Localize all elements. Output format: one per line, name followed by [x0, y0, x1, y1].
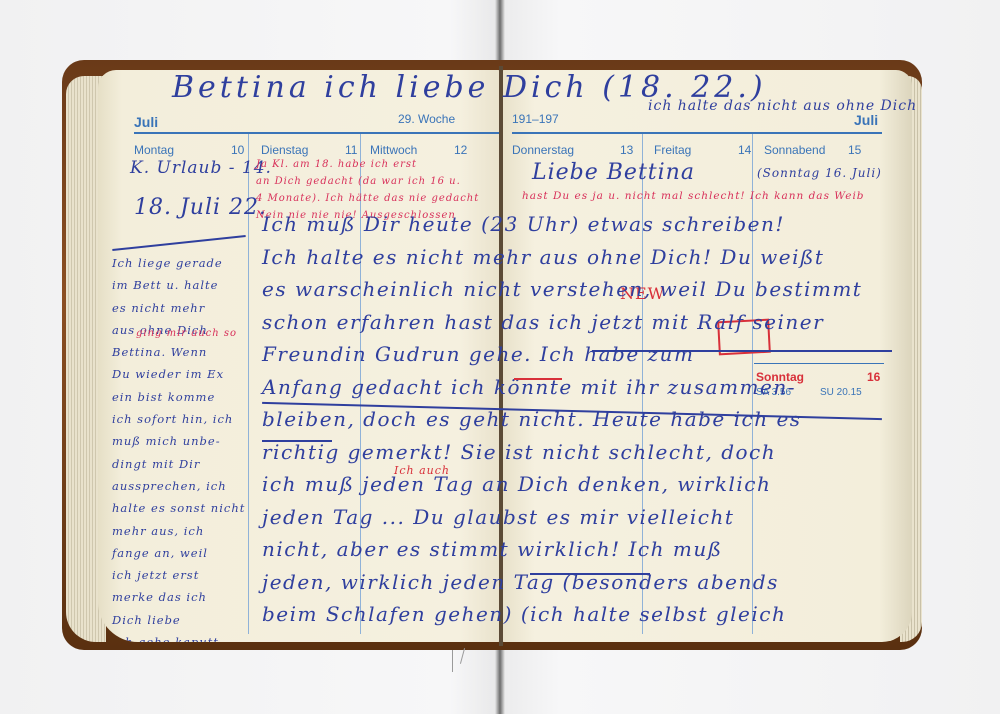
line: Anfang gedacht ich könnte mit ihr zusamm…	[262, 371, 902, 404]
day-friday: Freitag	[654, 143, 691, 157]
day-tuesday: Dienstag	[261, 143, 308, 157]
line: an Dich gedacht (da war ich 16 u.	[256, 173, 479, 190]
handwriting-date: 18. Juli 22.	[134, 195, 267, 220]
line: fange an, weil	[112, 542, 252, 564]
day-friday-num: 14	[738, 143, 751, 157]
week-label: 29. Woche	[398, 112, 455, 126]
underline	[112, 235, 245, 251]
handwriting-sonntag: (Sonntag 16. Juli)	[757, 166, 882, 180]
line: jeden, wirklich jeden Tag (besonders abe…	[262, 566, 902, 599]
line: aussprechen, ich	[112, 475, 252, 497]
line: es warscheinlich nicht verstehen, weil D…	[262, 273, 902, 306]
line: Ich gehe kaputt	[112, 631, 252, 642]
line: Bettina. Wenn	[112, 341, 252, 363]
line: Du wieder im Ex	[112, 363, 252, 385]
underline	[530, 573, 650, 575]
handwriting-liebe-bettina: Liebe Bettina	[532, 160, 695, 185]
main-handwriting-block: Ich muß Dir heute (23 Uhr) etwas schreib…	[262, 208, 902, 631]
day-wednesday-num: 12	[454, 143, 467, 157]
line: ich muß jeden Tag an Dich denken, wirkli…	[262, 468, 902, 501]
line: nicht, aber es stimmt wirklich! Ich muß	[262, 533, 902, 566]
line: richtig gemerkt! Sie ist nicht schlecht,…	[262, 436, 902, 469]
underline	[262, 440, 332, 442]
month-label-right: Juli	[854, 112, 878, 128]
month-label: Juli	[134, 114, 158, 130]
line: im Bett u. halte	[112, 274, 252, 296]
day-range-label: 191–197	[512, 112, 559, 126]
line: jeden Tag ... Du glaubst es mir vielleic…	[262, 501, 902, 534]
day-wednesday: Mittwoch	[370, 143, 417, 157]
pink-note-right: hast Du es ja u. nicht mal schlecht! Ich…	[522, 190, 865, 202]
handwriting-monday-note: K. Urlaub - 14.	[130, 158, 272, 178]
day-monday-num: 10	[231, 143, 244, 157]
line: dingt mit Dir	[112, 453, 252, 475]
line: Ja Kl. am 18. habe ich erst	[256, 156, 479, 173]
line: 4 Monate). Ich hätte das nie gedacht	[256, 190, 479, 207]
line: schon erfahren hast das ich jetzt mit Ra…	[262, 306, 902, 339]
handwriting-title-right: ich halte das nicht aus ohne Dich	[648, 98, 917, 114]
line: ich jetzt erst	[112, 564, 252, 586]
line: ich sofort hin, ich	[112, 408, 252, 430]
line: muß mich unbe-	[112, 430, 252, 452]
line: merke das ich	[112, 586, 252, 608]
line: es nicht mehr	[112, 297, 252, 319]
day-saturday: Sonnabend	[764, 143, 825, 157]
line: Ich liege gerade	[112, 252, 252, 274]
line: beim Schlafen gehen) (ich halte selbst g…	[262, 598, 902, 631]
pink-note-left: ging mir auch so	[136, 328, 237, 339]
binding-thread	[460, 648, 465, 664]
line: Ich halte es nicht mehr aus ohne Dich! D…	[262, 241, 902, 274]
line: Freundin Gudrun gehe. Ich habe zum	[262, 338, 902, 371]
left-column-text: Ich liege gerade im Bett u. halte es nic…	[112, 252, 252, 642]
line: bleiben, doch es geht nicht. Heute habe …	[262, 403, 902, 436]
line: mehr aus, ich	[112, 520, 252, 542]
line: ein bist komme	[112, 386, 252, 408]
day-thursday-num: 13	[620, 143, 633, 157]
line: Ich muß Dir heute (23 Uhr) etwas schreib…	[262, 208, 902, 241]
day-monday: Montag	[134, 143, 174, 157]
underline	[592, 350, 892, 352]
header-rule	[134, 132, 500, 134]
binding-thread	[452, 650, 453, 672]
line: halte es sonst nicht	[112, 497, 252, 519]
day-tuesday-num: 11	[345, 143, 357, 157]
header-rule	[512, 132, 882, 134]
line: Dich liebe	[112, 609, 252, 631]
day-saturday-num: 15	[848, 143, 861, 157]
day-thursday: Donnerstag	[512, 143, 574, 157]
red-underline	[514, 378, 562, 380]
